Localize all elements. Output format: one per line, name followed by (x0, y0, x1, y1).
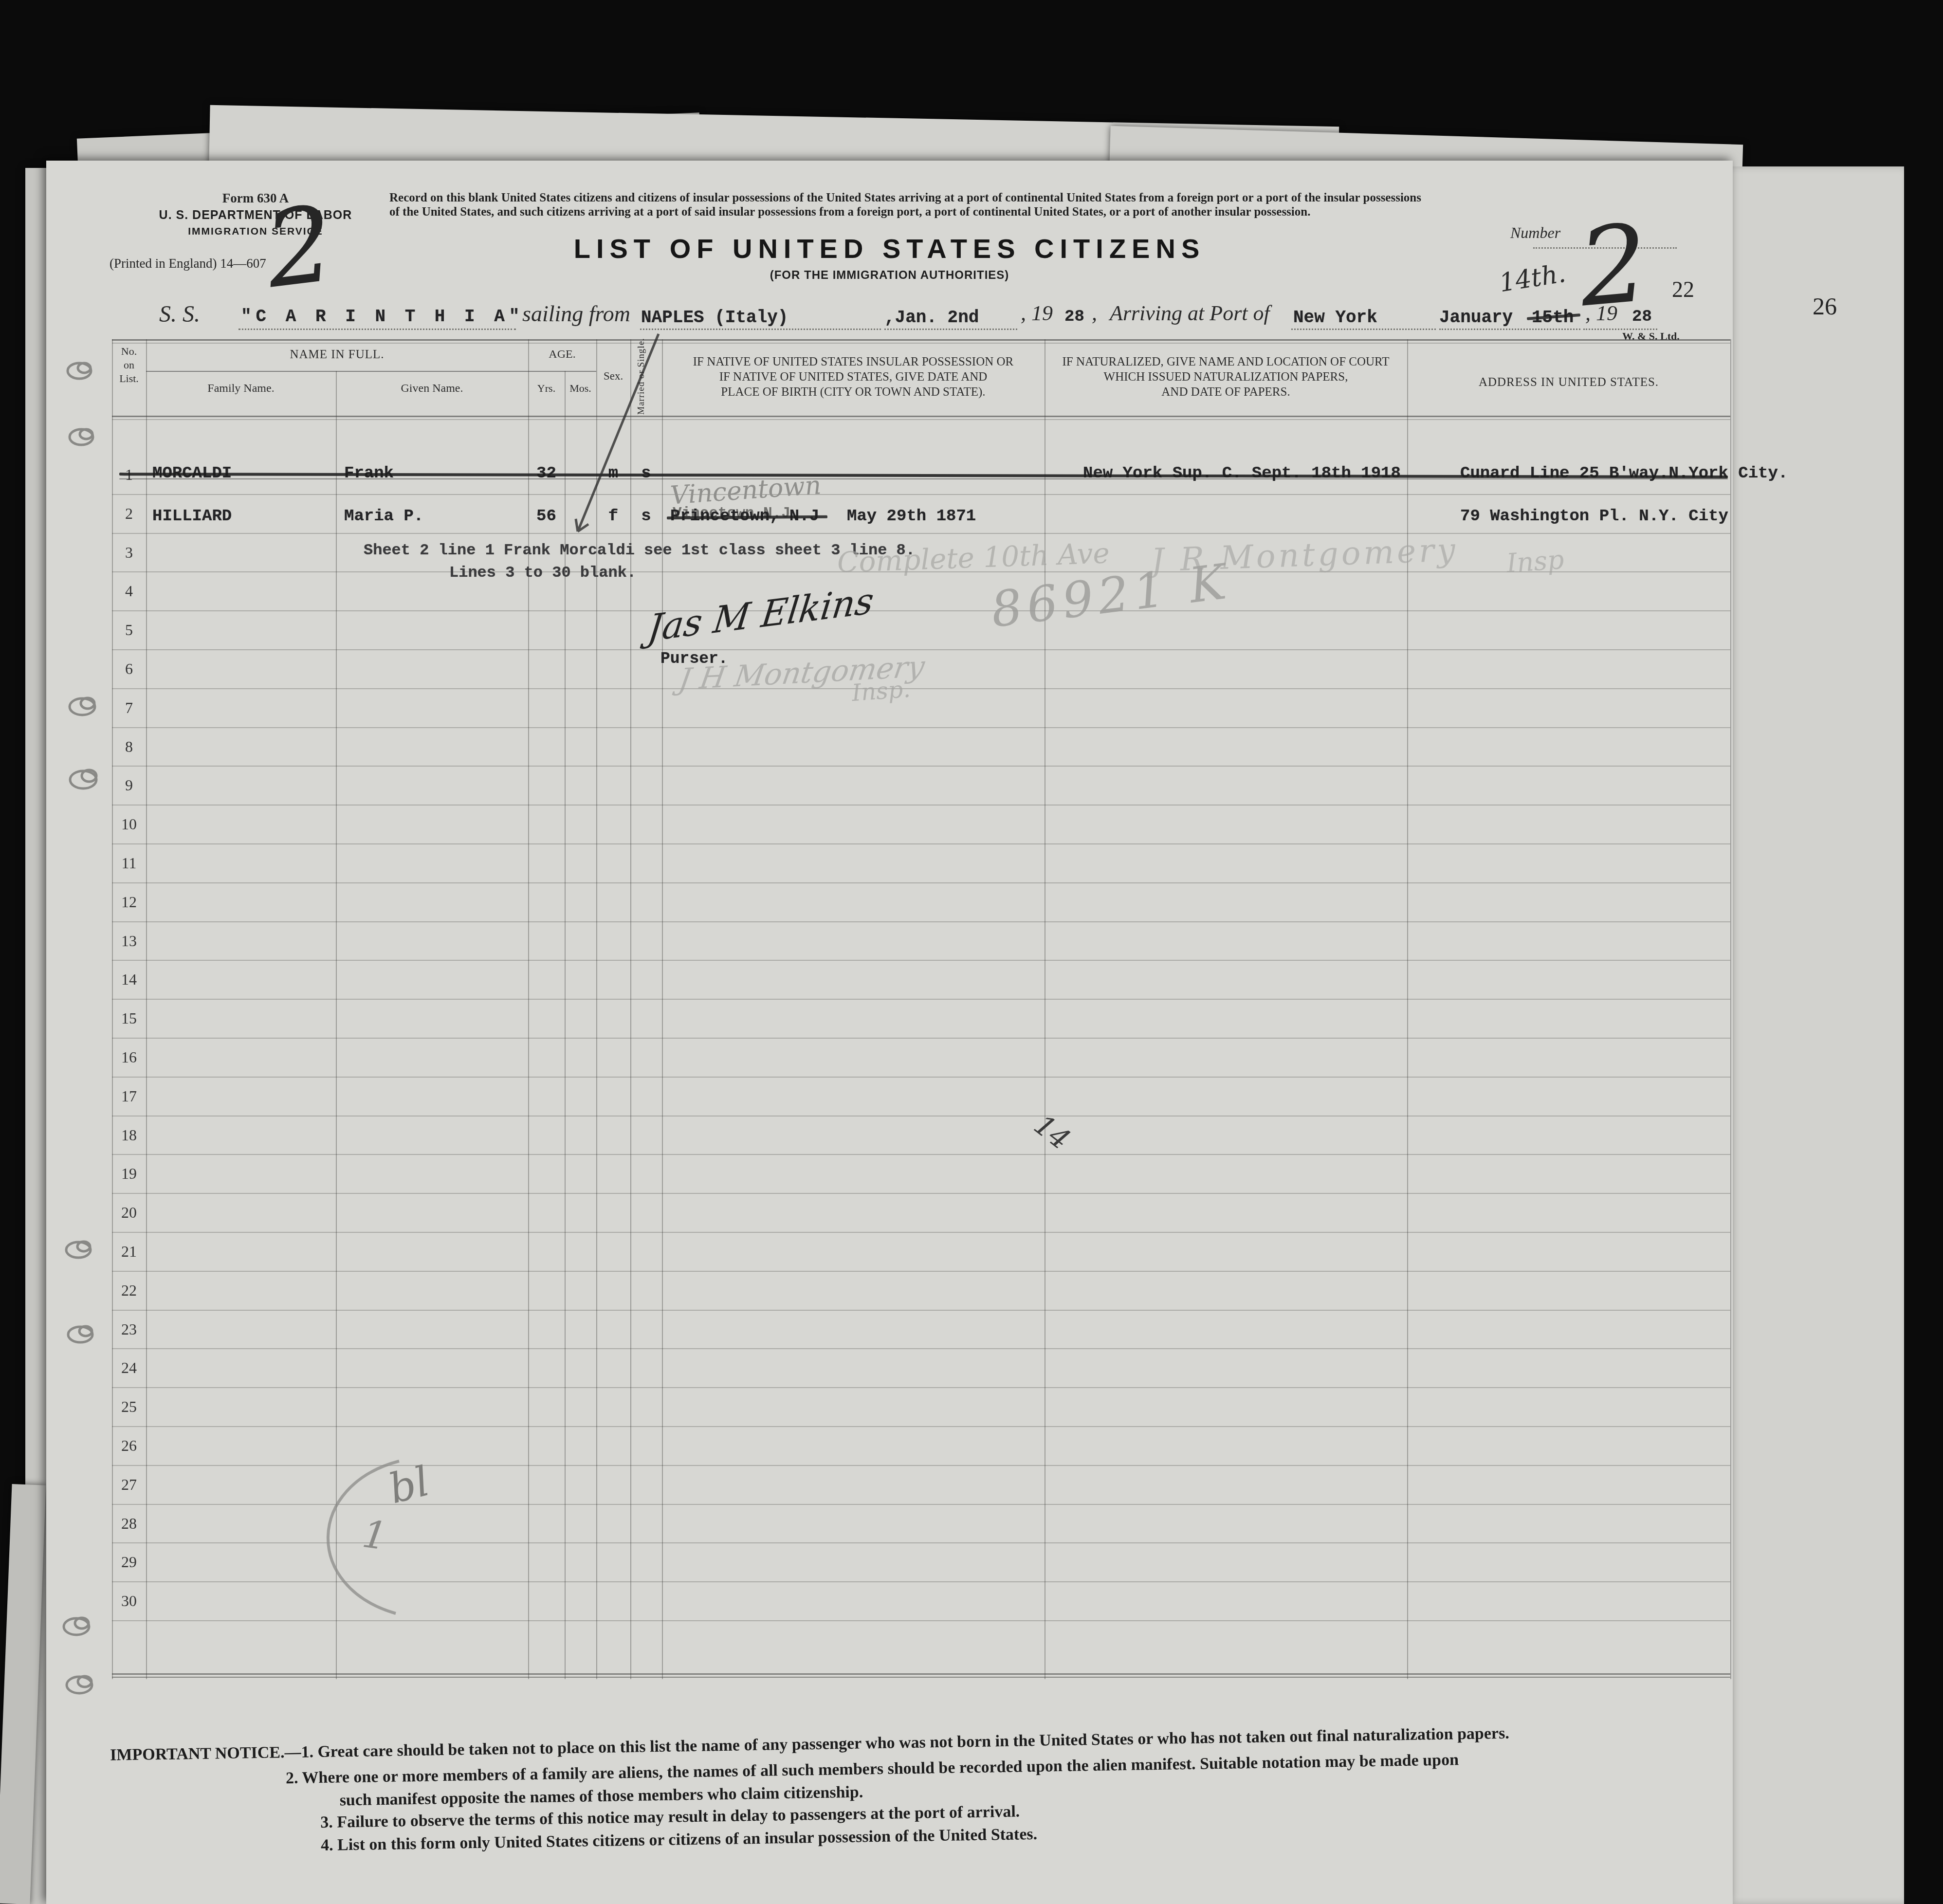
header-bottom-border (112, 416, 1730, 417)
age-subdivider (528, 371, 596, 372)
row1-address: Cunard Line 25 B'way.N.York City. (1460, 464, 1788, 483)
row-number: 9 (112, 776, 146, 794)
row-number: 18 (112, 1126, 146, 1144)
column-line (112, 339, 113, 1679)
voyage-dotted-line (1583, 329, 1657, 330)
row-rule-line (112, 1348, 1730, 1349)
row-number: 23 (112, 1320, 146, 1338)
year-19-printed-2: , 19 (1585, 301, 1617, 326)
important-notice: IMPORTANT NOTICE.—1. Great care should b… (103, 1711, 1760, 1873)
departure-date: ,Jan. 2nd (884, 308, 979, 328)
header-married-or-single: Married or Single. (636, 342, 647, 415)
header-yrs: Yrs. (528, 382, 565, 395)
row-rule-line (112, 1116, 1730, 1117)
column-line (662, 339, 663, 1679)
row-number: 8 (112, 738, 146, 756)
column-line (630, 339, 631, 1679)
voyage-dotted-line (640, 329, 881, 330)
voyage-dotted-line (238, 329, 516, 330)
adjacent-page-number: 26 (1813, 292, 1837, 320)
ship-name: "C A R I N T H I A" (241, 307, 524, 327)
row-number: 13 (112, 932, 146, 950)
row-number: 4 (112, 582, 146, 600)
row-number: 12 (112, 893, 146, 911)
row-number: 27 (112, 1476, 146, 1494)
row-rule-line (112, 727, 1730, 728)
row2-married-single: s (630, 507, 662, 526)
row-rule-line (112, 1542, 1730, 1543)
row-rule-line (112, 882, 1730, 883)
row-rule-line (112, 1620, 1730, 1621)
header-age: AGE. (528, 348, 596, 361)
row2-sex: f (596, 507, 630, 526)
row-rule-line (112, 1426, 1730, 1427)
page-stamp: 22 (1672, 276, 1694, 302)
purser-signature: Jas M Elkins (645, 580, 876, 650)
row-rule-line (112, 1077, 1730, 1078)
row-number: 10 (112, 815, 146, 833)
row2-given-name: Maria P. (344, 507, 423, 526)
row-number: 7 (112, 699, 146, 717)
department-name: U. S. DEPARTMENT OF LABOR (124, 208, 387, 222)
row-number: 29 (112, 1553, 146, 1571)
row-number: 22 (112, 1282, 146, 1300)
arrival-port: New York (1293, 308, 1377, 328)
row-number: 6 (112, 660, 146, 678)
row-number: 28 (112, 1515, 146, 1533)
row-number: 17 (112, 1087, 146, 1105)
row2-family-name: HILLIARD (152, 507, 232, 526)
pencil-swirl-marks (64, 363, 96, 1693)
arrival-day-corrected: 14th. (1497, 259, 1568, 298)
row2-age-yrs: 56 (528, 507, 565, 526)
column-line (146, 339, 147, 1679)
row-number: 5 (112, 621, 146, 639)
row-rule-line (112, 533, 1730, 534)
sailing-from-label: sailing from (522, 301, 630, 327)
form-instructions: Record on this blank United States citiz… (389, 191, 1421, 219)
row1-naturalization: New York Sup. C. Sept. 18th 1918 (1083, 464, 1401, 483)
row-rule-line (112, 1310, 1730, 1311)
header-family-name: Family Name. (146, 382, 336, 395)
row-rule-line (112, 999, 1730, 1000)
row-rule-line (112, 1154, 1730, 1155)
year-28-typed-2: 28 (1632, 308, 1652, 326)
row-number: 11 (112, 854, 146, 872)
row-number: 19 (112, 1165, 146, 1183)
printer-mark: W. & S. Ltd. (1622, 330, 1680, 343)
header-name-in-full: NAME IN FULL. (146, 348, 528, 362)
arrival-month: January (1439, 308, 1513, 328)
manifest-sheet: Form 630 A U. S. DEPARTMENT OF LABOR IMM… (46, 161, 1733, 1904)
row-rule-line (112, 1193, 1730, 1194)
header-bottom-border-2 (112, 419, 1730, 420)
header-given-name: Given Name. (336, 382, 528, 395)
arriving-label: Arriving at Port of (1110, 301, 1270, 326)
row1-strikethrough-echo (119, 478, 1728, 479)
row-rule-line (112, 960, 1730, 961)
name-subdivider (146, 371, 528, 372)
row-number: 24 (112, 1359, 146, 1377)
row-number: 20 (112, 1204, 146, 1222)
voyage-dotted-line (1291, 329, 1436, 330)
row-rule-line (112, 766, 1730, 767)
row-rule-line (112, 1232, 1730, 1233)
year-comma: , (1092, 301, 1097, 326)
departure-port: NAPLES (Italy) (641, 308, 788, 328)
row-number: 21 (112, 1243, 146, 1261)
column-line (528, 339, 529, 1679)
form-subtitle: (FOR THE IMMIGRATION AUTHORITIES) (46, 269, 1733, 282)
row-rule-line (112, 843, 1730, 844)
manifest-note-line1: Sheet 2 line 1 Frank Morcaldi see 1st cl… (364, 541, 915, 559)
number-label: Number (1510, 224, 1560, 242)
row-rule-line (112, 805, 1730, 806)
row-number: 15 (112, 1009, 146, 1027)
inspector-label: Insp. (851, 676, 911, 707)
header-no-on-list: No. on List. (112, 345, 146, 385)
row-number: 30 (112, 1592, 146, 1610)
table-bottom-border (112, 1677, 1730, 1678)
ss-label: S. S. (159, 301, 200, 328)
row-rule-line (112, 610, 1730, 611)
row-rule-line (112, 1581, 1730, 1582)
scanned-document-page: { "scan": { "page_num_stamp": "22", "adj… (0, 0, 1943, 1904)
row-rule-line (112, 688, 1730, 689)
row-number: 25 (112, 1398, 146, 1416)
form-title: LIST OF UNITED STATES CITIZENS (46, 233, 1733, 264)
row-rule-line (112, 1465, 1730, 1466)
row-rule-line (112, 921, 1730, 922)
year-28-typed: 28 (1064, 308, 1084, 326)
voyage-dotted-line (884, 329, 1017, 330)
row1-birth-handwritten: Vincentown (669, 471, 822, 511)
row-number: 26 (112, 1437, 146, 1455)
row-rule-line (112, 1504, 1730, 1505)
header-sex: Sex. (596, 370, 630, 383)
row-number: 16 (112, 1048, 146, 1066)
row-number: 3 (112, 544, 146, 562)
row2-address: 79 Washington Pl. N.Y. City (1460, 507, 1728, 526)
year-19-printed: , 19 (1021, 301, 1053, 326)
header-mos: Mos. (565, 382, 596, 395)
voyage-dotted-line (1439, 329, 1580, 330)
row-rule-line (112, 1271, 1730, 1272)
freehand-strokes-overlay (46, 161, 1733, 1904)
column-line (336, 371, 337, 1679)
row-rule-line (112, 494, 1730, 495)
table-top-border-2 (112, 343, 1730, 344)
row-number: 14 (112, 970, 146, 989)
header-address: ADDRESS IN UNITED STATES. (1407, 376, 1730, 389)
column-line (596, 339, 597, 1679)
row2-birth-date: May 29th 1871 (847, 507, 976, 526)
column-line (1730, 339, 1731, 1679)
header-birth: IF NATIVE OF UNITED STATES INSULAR POSSE… (662, 354, 1045, 400)
table-top-border (112, 339, 1730, 341)
row-rule-line (112, 1387, 1730, 1388)
header-naturalization: IF NATURALIZED, GIVE NAME AND LOCATION O… (1045, 354, 1407, 400)
manifest-note-line2: Lines 3 to 30 blank. (449, 564, 636, 582)
row-number: 2 (112, 505, 146, 523)
scribble-digit: 1 (360, 1512, 390, 1559)
table-bottom-border (112, 1673, 1730, 1675)
row-rule-line (112, 1038, 1730, 1039)
pencil-inspector-suffix: Insp (1505, 544, 1565, 579)
